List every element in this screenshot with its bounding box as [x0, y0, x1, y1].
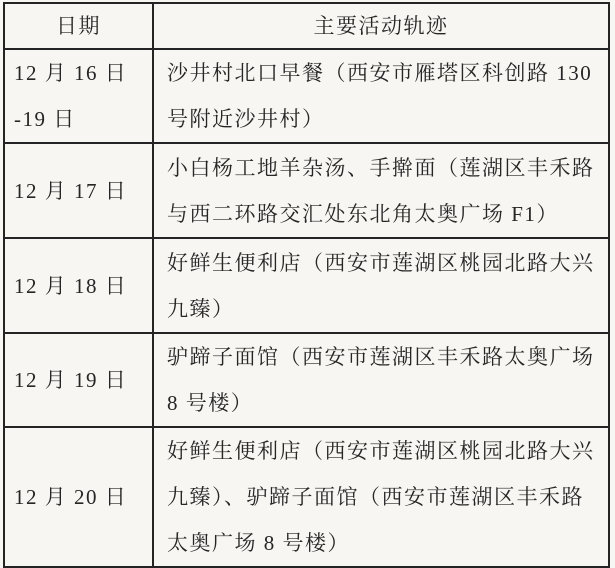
date-cell: 12 月 16 日 -19 日 — [4, 49, 153, 143]
activity-cell: 驴蹄子面馆（西安市莲湖区丰禾路太奥广场 8 号楼） — [153, 333, 609, 427]
column-header-date: 日期 — [4, 3, 153, 49]
table-row: 12 月 19 日 驴蹄子面馆（西安市莲湖区丰禾路太奥广场 8 号楼） — [4, 333, 609, 427]
table-row: 12 月 18 日 好鲜生便利店（西安市莲湖区桃园北路大兴九臻） — [4, 238, 609, 333]
activity-table: 日期 主要活动轨迹 12 月 16 日 -19 日 沙井村北口早餐（西安市雁塔区… — [3, 2, 610, 566]
activity-cell: 好鲜生便利店（西安市莲湖区桃园北路大兴九臻）、驴蹄子面馆（西安市莲湖区丰禾路太奥… — [153, 427, 609, 566]
table-row: 12 月 16 日 -19 日 沙井村北口早餐（西安市雁塔区科创路 130 号附… — [4, 49, 609, 143]
date-cell: 12 月 20 日 — [4, 427, 153, 566]
table-row: 12 月 20 日 好鲜生便利店（西安市莲湖区桃园北路大兴九臻）、驴蹄子面馆（西… — [4, 427, 609, 566]
activity-table-container: 日期 主要活动轨迹 12 月 16 日 -19 日 沙井村北口早餐（西安市雁塔区… — [3, 2, 610, 566]
column-header-activity: 主要活动轨迹 — [153, 3, 609, 49]
table-row: 12 月 17 日 小白杨工地羊杂汤、手擀面（莲湖区丰禾路与西二环路交汇处东北角… — [4, 143, 609, 238]
activity-cell: 好鲜生便利店（西安市莲湖区桃园北路大兴九臻） — [153, 238, 609, 333]
activity-cell: 沙井村北口早餐（西安市雁塔区科创路 130 号附近沙井村） — [153, 49, 609, 143]
activity-cell: 小白杨工地羊杂汤、手擀面（莲湖区丰禾路与西二环路交汇处东北角太奥广场 F1） — [153, 143, 609, 238]
date-cell: 12 月 17 日 — [4, 143, 153, 238]
date-cell: 12 月 19 日 — [4, 333, 153, 427]
header-row: 日期 主要活动轨迹 — [4, 3, 609, 49]
date-cell: 12 月 18 日 — [4, 238, 153, 333]
